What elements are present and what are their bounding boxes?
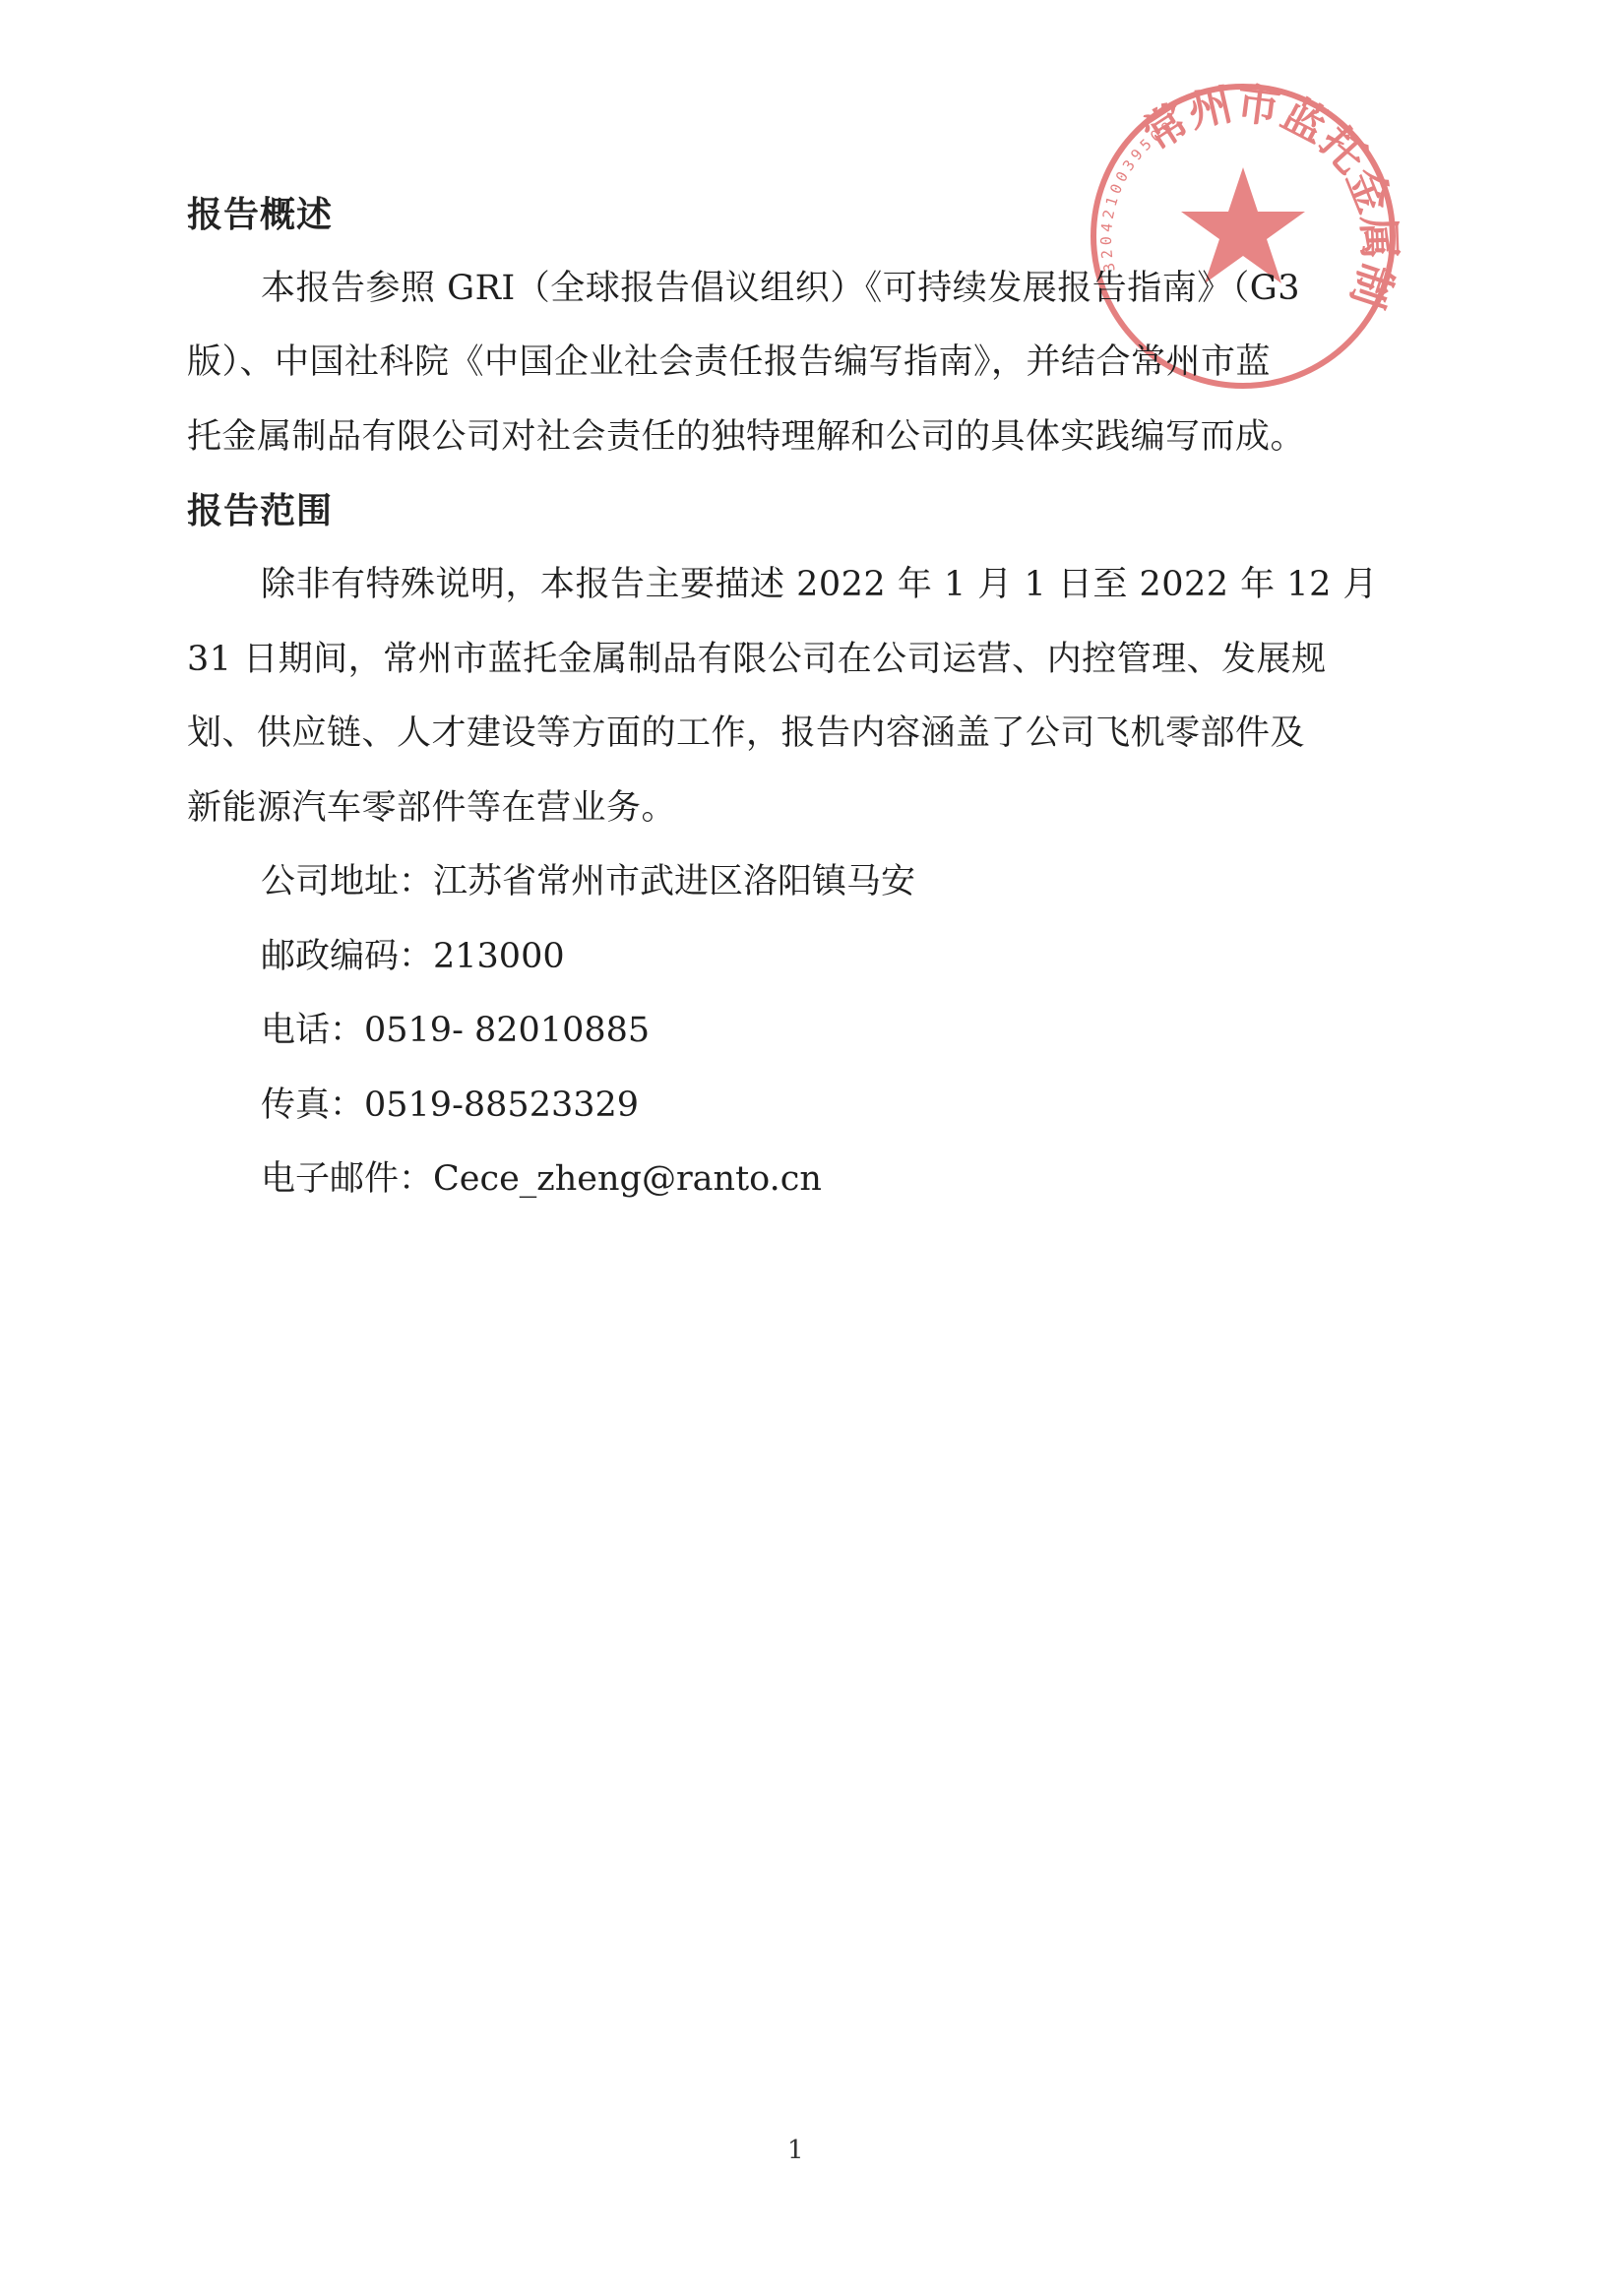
scope-line-1: 除非有特殊说明，本报告主要描述 2022 年 1 月 1 日至 2022 年 1… bbox=[261, 557, 1378, 606]
contact-postal-code: 邮政编码：213000 bbox=[261, 929, 565, 978]
contact-phone: 电话：0519- 82010885 bbox=[261, 1003, 650, 1052]
section-heading-scope: 报告范围 bbox=[187, 483, 333, 533]
scope-line-3: 划、供应链、人才建设等方面的工作，报告内容涵盖了公司飞机零部件及 bbox=[187, 706, 1305, 755]
document-page: 常州市蓝托金属制品有限公司 3204210039509 报告概述 本报告参照 G… bbox=[0, 0, 1621, 2296]
overview-line-3: 托金属制品有限公司对社会责任的独特理解和公司的具体实践编写而成。 bbox=[187, 409, 1305, 459]
section-heading-overview: 报告概述 bbox=[187, 187, 333, 237]
contact-fax: 传真：0519-88523329 bbox=[261, 1078, 639, 1127]
overview-line-2: 版）、中国社科院《中国企业社会责任报告编写指南》，并结合常州市蓝 bbox=[187, 335, 1271, 384]
contact-address: 公司地址：江苏省常州市武进区洛阳镇马安 bbox=[261, 854, 915, 903]
scope-line-2: 31 日期间，常州市蓝托金属制品有限公司在公司运营、内控管理、发展规 bbox=[187, 632, 1327, 681]
contact-email[interactable]: 电子邮件：Cece_zheng@ranto.cn bbox=[261, 1151, 822, 1201]
overview-line-1: 本报告参照 GRI（全球报告倡议组织）《可持续发展报告指南》（G3 bbox=[261, 261, 1300, 310]
scope-line-4: 新能源汽车零部件等在营业务。 bbox=[187, 780, 676, 830]
page-number: 1 bbox=[787, 2136, 804, 2165]
